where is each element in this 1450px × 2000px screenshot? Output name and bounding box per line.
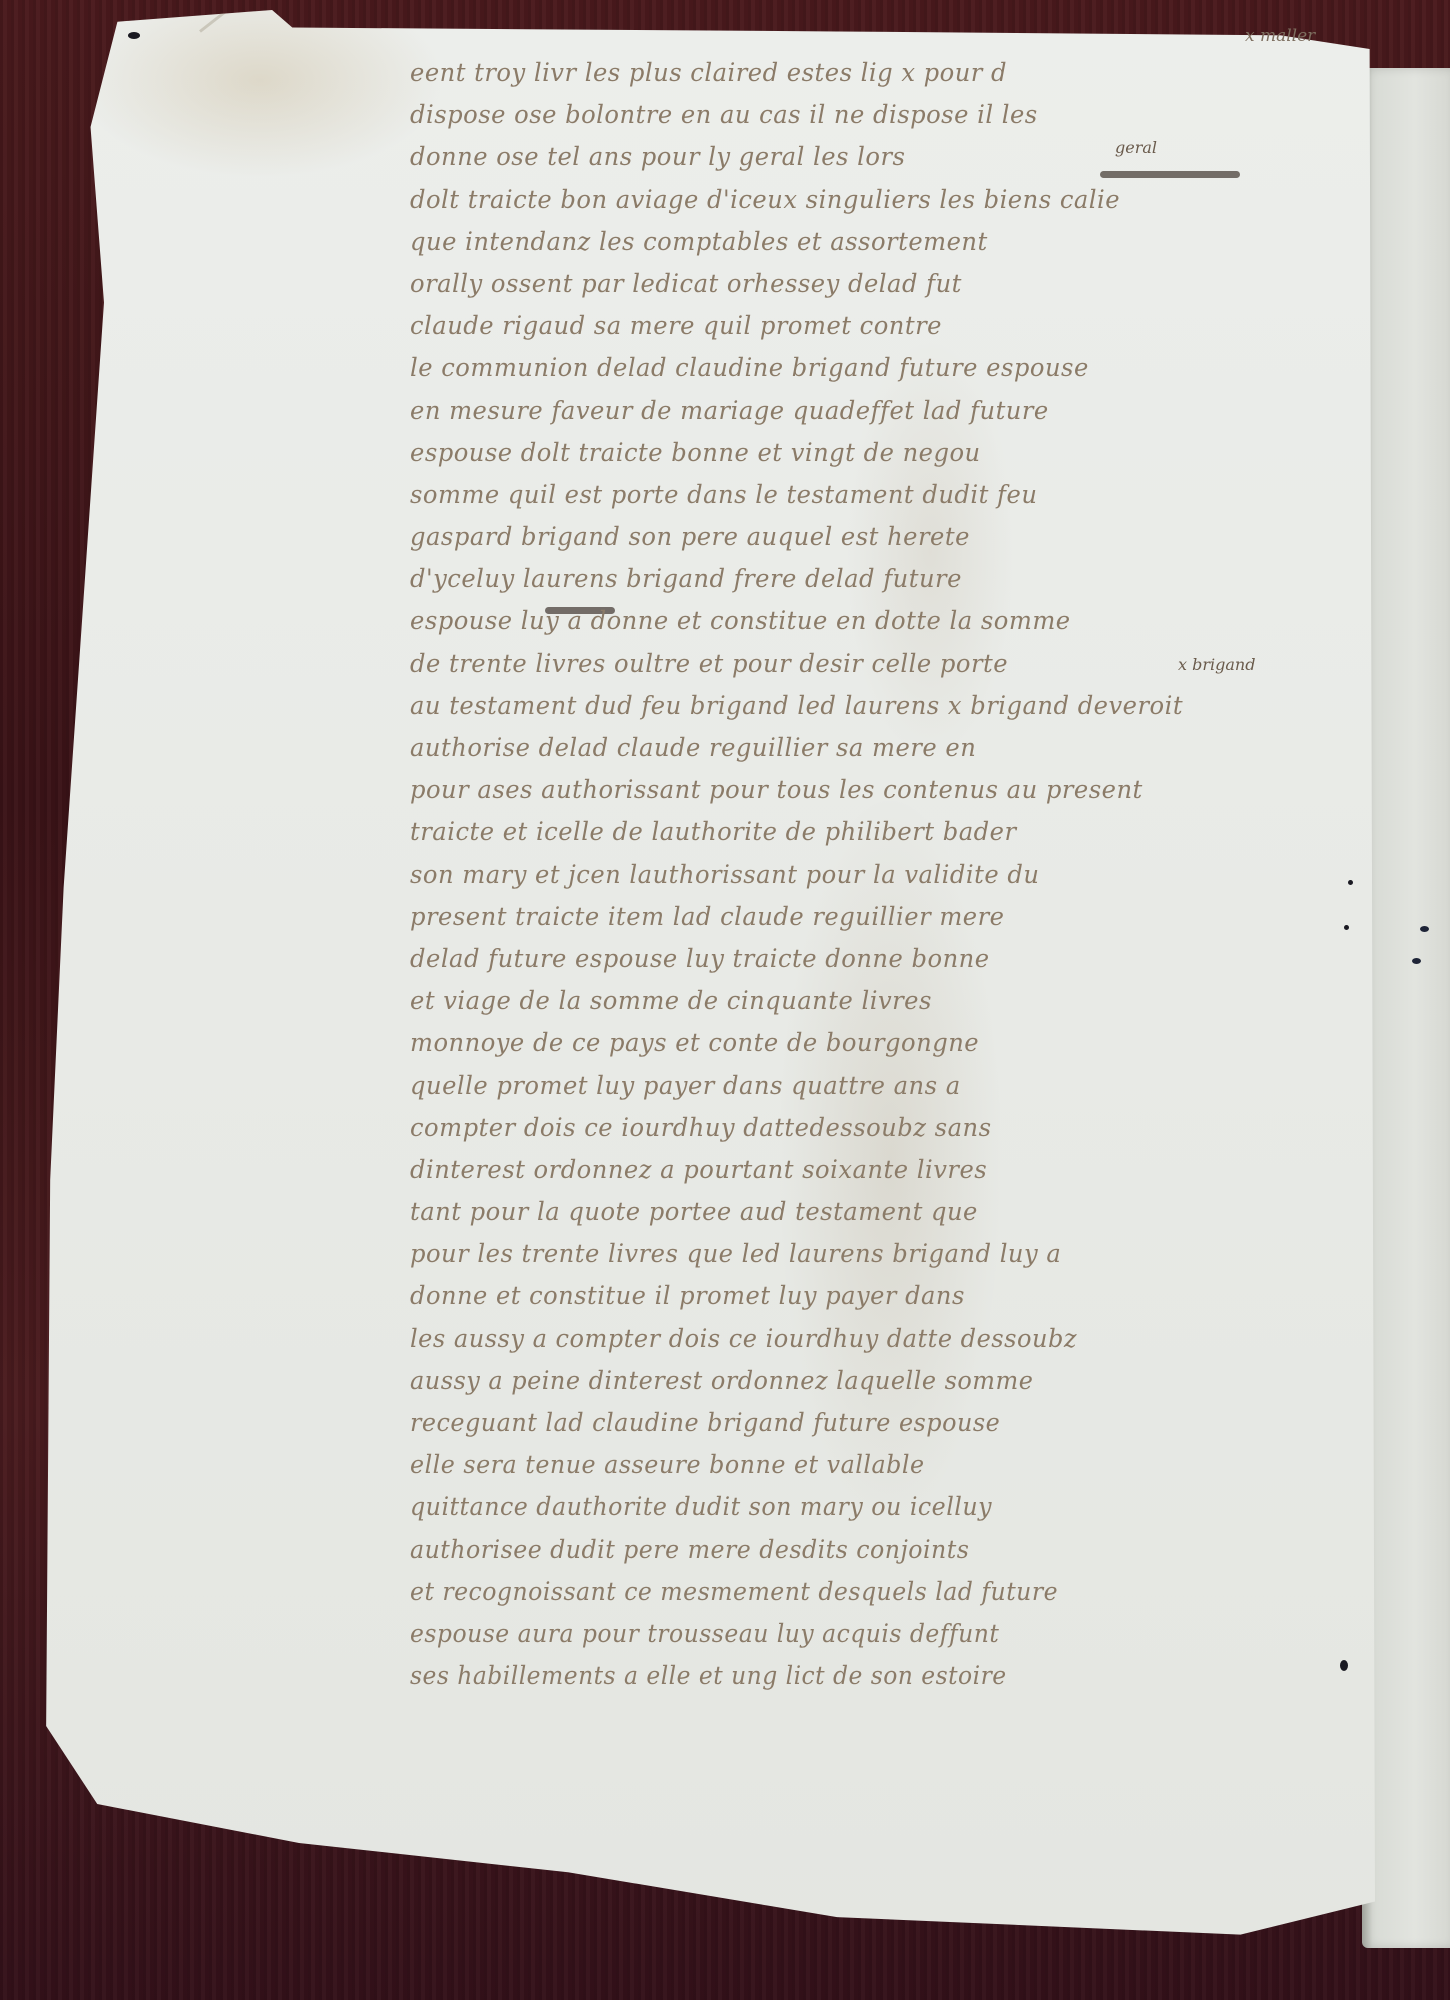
text-line: somme quil est porte dans le testament d… bbox=[410, 474, 1340, 516]
text-line: que intendanz les comptables et assortem… bbox=[410, 221, 1340, 263]
text-line: orally ossent par ledicat orhessey delad… bbox=[410, 263, 1340, 305]
handwritten-text: eent troy livr les plus claired estes li… bbox=[410, 52, 1370, 1697]
text-line: et recognoissant ce mesmement desquels l… bbox=[410, 1571, 1316, 1613]
text-line: espouse aura pour trousseau luy acquis d… bbox=[410, 1613, 1313, 1655]
text-line: compter dois ce iourdhuy dattedessoubz s… bbox=[410, 1107, 1340, 1149]
text-line: aussy a peine dinterest ordonnez laquell… bbox=[410, 1360, 1331, 1402]
text-line: dolt traicte bon aviage d'iceux singulie… bbox=[410, 179, 1340, 221]
text-line: eent troy livr les plus claired estes li… bbox=[410, 52, 1340, 94]
text-line: quelle promet luy payer dans quattre ans… bbox=[410, 1065, 1340, 1107]
text-line: gaspard brigand son pere auquel est here… bbox=[410, 516, 1340, 558]
text-line: tant pour la quote portee aud testament … bbox=[410, 1191, 1340, 1233]
manuscript-photo: x maller geral x brigand eent troy livr … bbox=[0, 0, 1450, 2000]
text-line: en mesure faveur de mariage quadeffet la… bbox=[410, 390, 1340, 432]
text-line: espouse dolt traicte bonne et vingt de n… bbox=[410, 432, 1340, 474]
text-line: espouse luy a donne et constitue en dott… bbox=[410, 600, 1340, 642]
text-line: monnoye de ce pays et conte de bourgongn… bbox=[410, 1022, 1340, 1064]
text-line: ses habillements a elle et ung lict de s… bbox=[410, 1655, 1310, 1697]
text-line: claude rigaud sa mere quil promet contre bbox=[410, 305, 1340, 347]
text-line: d'yceluy laurens brigand frere delad fut… bbox=[410, 558, 1340, 600]
text-line: donne et constitue il promet luy payer d… bbox=[410, 1275, 1337, 1317]
text-line: elle sera tenue asseure bonne et vallabl… bbox=[410, 1444, 1325, 1486]
marginal-note: x maller bbox=[1245, 26, 1315, 46]
text-line: donne ose tel ans pour ly geral les lors bbox=[410, 136, 1340, 178]
adjacent-page-edge bbox=[1362, 68, 1450, 1948]
text-line: authorise delad claude reguillier sa mer… bbox=[410, 727, 1340, 769]
text-line: quittance dauthorite dudit son mary ou i… bbox=[410, 1486, 1322, 1528]
text-line: le communion delad claudine brigand futu… bbox=[410, 347, 1340, 389]
text-line: receguant lad claudine brigand future es… bbox=[410, 1402, 1328, 1444]
text-line: dinterest ordonnez a pourtant soixante l… bbox=[410, 1149, 1340, 1191]
text-line: et viage de la somme de cinquante livres bbox=[410, 980, 1340, 1022]
text-line: delad future espouse luy traicte donne b… bbox=[410, 938, 1340, 980]
text-line: son mary et jcen lauthorissant pour la v… bbox=[410, 854, 1340, 896]
text-line: authorisee dudit pere mere desdits conjo… bbox=[410, 1529, 1319, 1571]
text-line: dispose ose bolontre en au cas il ne dis… bbox=[410, 94, 1340, 136]
ink-spot bbox=[128, 32, 140, 39]
binding-hole bbox=[1420, 926, 1429, 932]
text-line: de trente livres oultre et pour desir ce… bbox=[410, 643, 1340, 685]
text-line: pour ases authorissant pour tous les con… bbox=[410, 769, 1340, 811]
text-line: au testament dud feu brigand led laurens… bbox=[410, 685, 1340, 727]
binding-hole bbox=[1412, 958, 1421, 964]
text-line: les aussy a compter dois ce iourdhuy dat… bbox=[410, 1318, 1334, 1360]
text-line: present traicte item lad claude reguilli… bbox=[410, 896, 1340, 938]
paper-fold-crease bbox=[199, 0, 390, 33]
text-line: traicte et icelle de lauthorite de phili… bbox=[410, 811, 1340, 853]
text-line: pour les trente livres que led laurens b… bbox=[410, 1233, 1340, 1275]
